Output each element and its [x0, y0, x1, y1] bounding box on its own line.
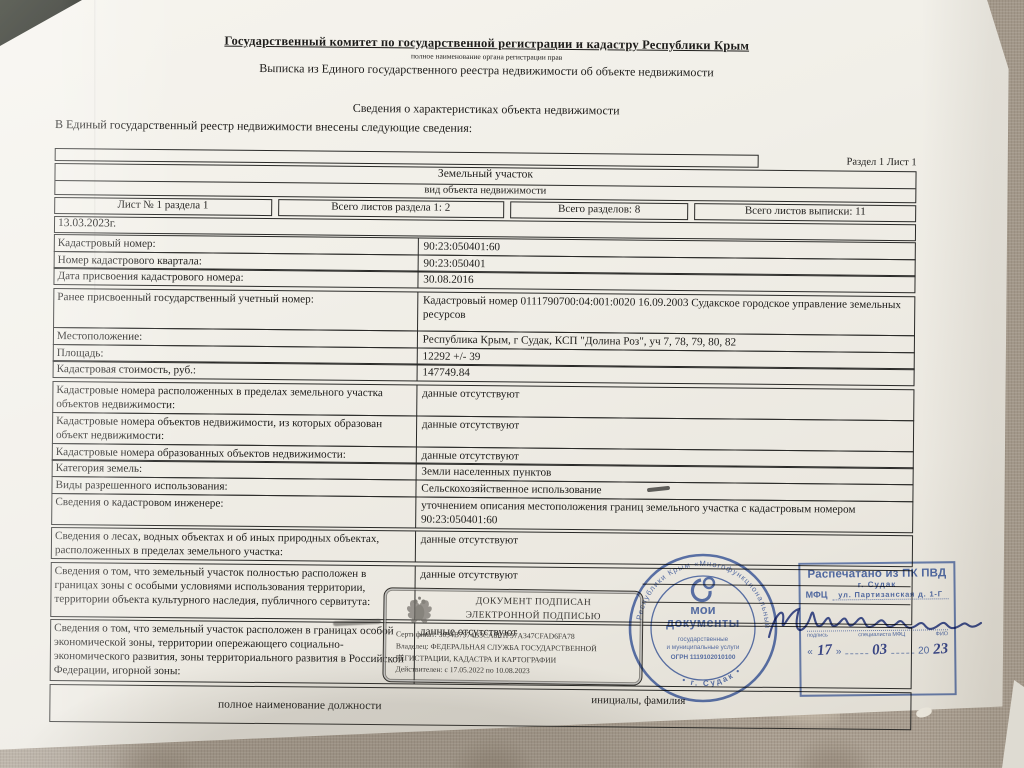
- row-label: Сведения о том, что земельный участок ра…: [51, 620, 415, 683]
- row-value: 147749.84: [417, 365, 913, 386]
- razdel-label: Раздел 1 Лист 1: [759, 156, 917, 169]
- mfc-logo-icon: [692, 578, 714, 601]
- intro-line: В Единый государственный реестр недвижим…: [55, 117, 917, 140]
- row-value: данные отсутствуют: [417, 416, 913, 451]
- digital-signature-stamp: ДОКУМЕНТ ПОДПИСАН ЭЛЕКТРОННОЙ ПОДПИСЬЮ С…: [382, 587, 643, 686]
- stamp-center2: документы: [666, 616, 740, 630]
- esig-line1: ДОКУМЕНТ ПОДПИСАН: [438, 596, 628, 609]
- esig-valid: Действителен: с 17.05.2022 по 10.08.2023: [395, 664, 633, 679]
- row-label: Сведения о лесах, водных объектах и об и…: [52, 528, 416, 561]
- total-sections: Всего разделов: 8: [510, 201, 689, 220]
- position-caption: полное наименование должности: [50, 685, 549, 726]
- row-label: Кадастровые номера объектов недвижимости…: [53, 413, 417, 446]
- esig-header: ДОКУМЕНТ ПОДПИСАН ЭЛЕКТРОННОЙ ПОДПИСЬЮ: [438, 596, 628, 623]
- row-label: Кадастровая стоимость, руб.:: [54, 361, 418, 380]
- sheet-number: Лист № 1 раздела 1: [54, 197, 272, 216]
- stamp-ogrn: ОГРН 1119102010100: [671, 654, 736, 661]
- document-photo: Государственный комитет по государственн…: [0, 0, 1024, 768]
- total-sheets-section: Всего листов раздела 1: 2: [278, 199, 504, 218]
- row-value: данные отсутствуют: [417, 385, 913, 420]
- row-value: 30.08.2016: [418, 272, 914, 293]
- table-row: Сведения о лесах, водных объектах и об и…: [51, 527, 913, 567]
- stamp-arc-bottom: • г. Судак •: [681, 666, 743, 689]
- second-sheet-corner: [1002, 680, 1024, 768]
- esig-details: Сертификат: 3094B7974B3CA8E1F97A347CFAD6…: [395, 628, 634, 678]
- row-label: Дата присвоения кадастрового номера:: [54, 268, 418, 287]
- svg-text:• г. Судак •: • г. Судак •: [681, 666, 743, 689]
- stamp-center3: государственные: [678, 636, 729, 643]
- handwritten-signature: [755, 585, 1013, 663]
- rect-stamp-line1: Распечатано из ПК ПВД: [800, 567, 953, 581]
- row-label: Сведения о кадастровом инженере:: [52, 494, 416, 527]
- object-type-box: Земельный участок вид объекта недвижимос…: [54, 163, 916, 203]
- row-label: Кадастровые номера расположенных в преде…: [53, 382, 417, 415]
- eagle-emblem-icon: [404, 594, 434, 626]
- esig-line2: ЭЛЕКТРОННОЙ ПОДПИСЬЮ: [438, 610, 628, 623]
- row-label: Сведения о том, что земельный участок по…: [51, 563, 415, 619]
- stamp-center4: и муниципальные услуги: [667, 644, 740, 651]
- stamp-center1: мои: [690, 602, 715, 617]
- row-label: Ранее присвоенный государственный учетны…: [54, 289, 418, 330]
- total-sheets-extract: Всего листов выписки: 11: [694, 203, 916, 222]
- row-value: уточнением описания местоположения грани…: [416, 497, 912, 532]
- row-value: Кадастровый номер 0111790700:04:001:0020…: [418, 292, 915, 335]
